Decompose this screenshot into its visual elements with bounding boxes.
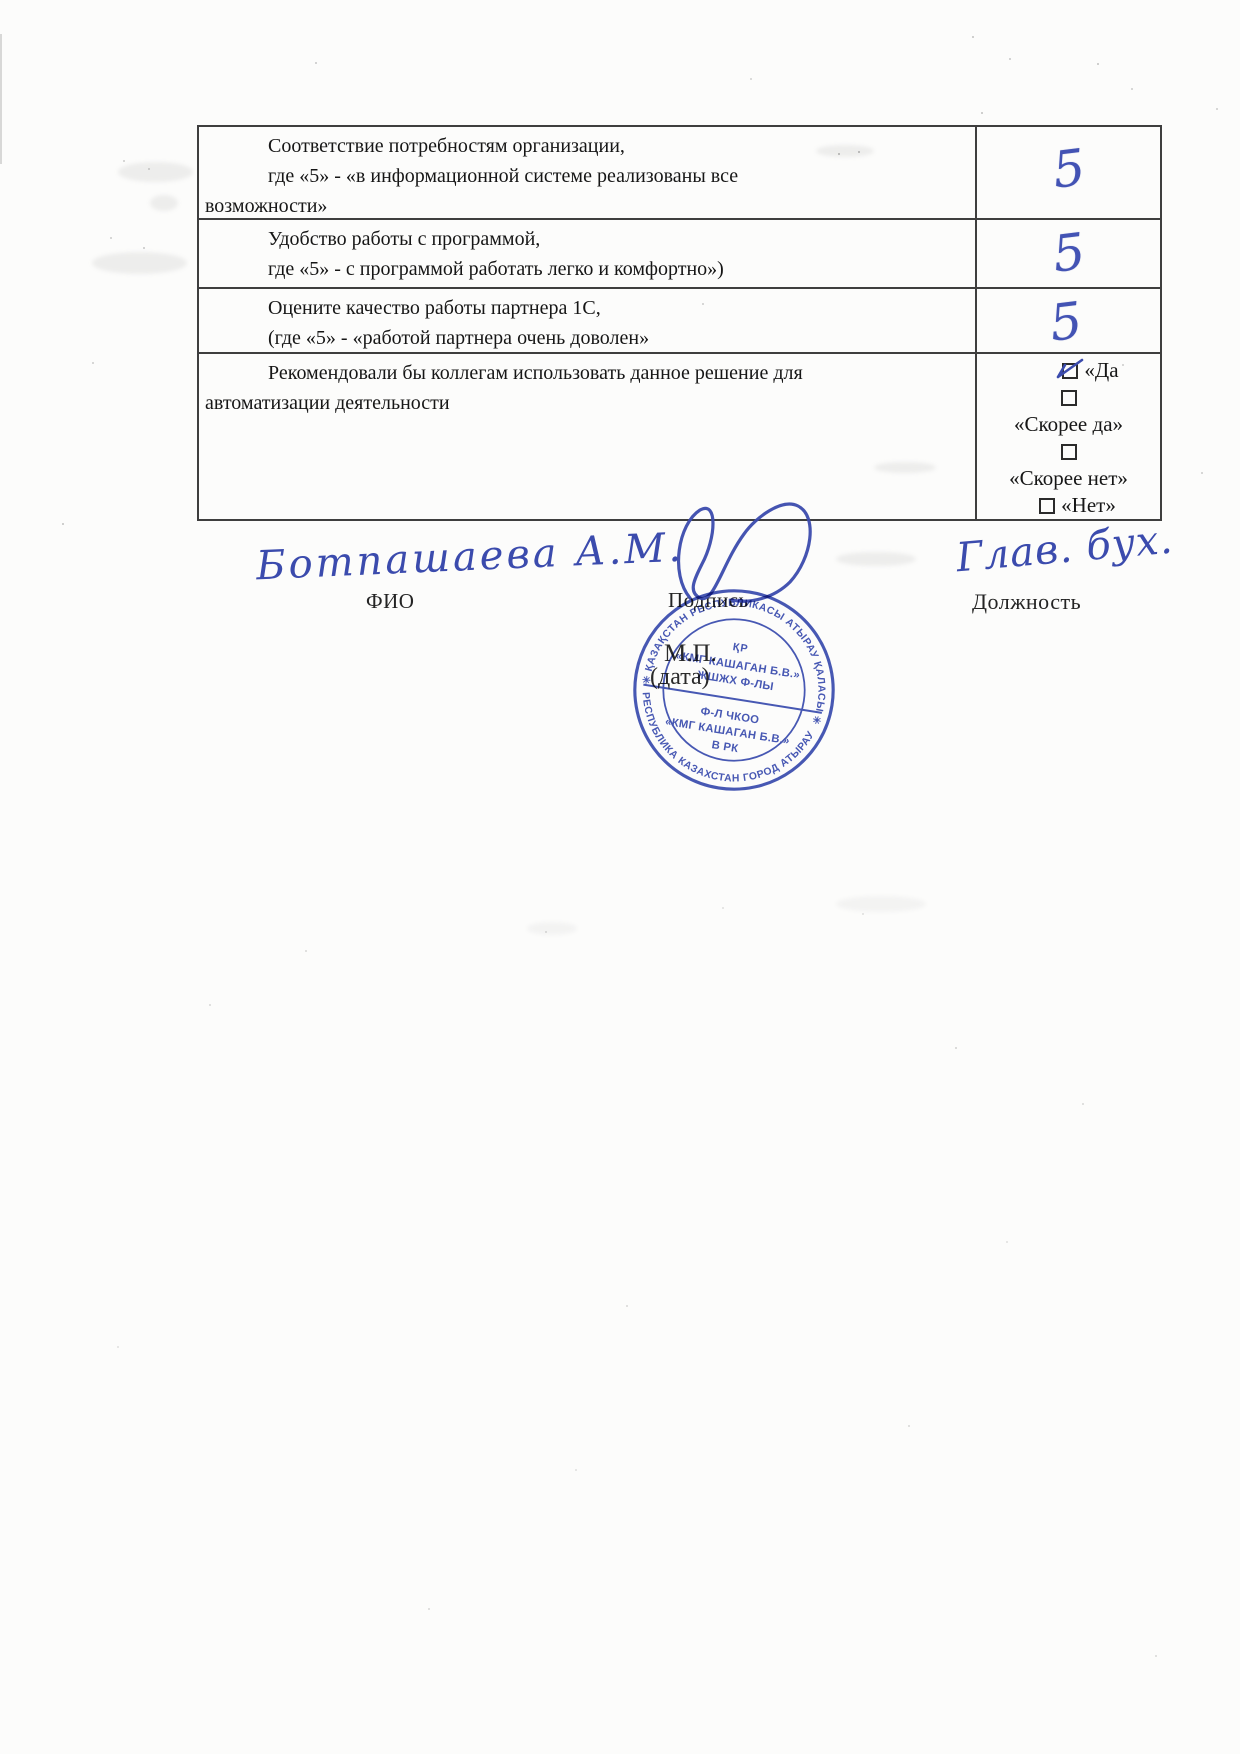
option-skoree-net: «Скорее нет» xyxy=(1009,465,1128,492)
pencil-smudge xyxy=(92,252,187,274)
stamp-ring-top-text: ✳ ҚАЗАҚСТАН РЕСПУБЛИКАСЫ АТЫРАУ ҚАЛАСЫ ✳ xyxy=(639,584,840,726)
question-text: возможности» xyxy=(205,191,967,221)
scan-edge-artifact xyxy=(0,34,2,164)
handwritten-score: 5 xyxy=(1050,142,1088,196)
option-skoree-da: «Скорее да» xyxy=(1014,411,1123,438)
question-text: Рекомендовали бы коллегам использовать д… xyxy=(205,358,967,388)
handwritten-score: 5 xyxy=(1050,226,1088,280)
handwritten-score: 5 xyxy=(1047,295,1085,349)
survey-table: Соответствие потребностям организации, г… xyxy=(197,125,1162,521)
stamp-divider-line xyxy=(643,685,821,713)
position-label: Должность xyxy=(972,589,1081,615)
question-cell: Соответствие потребностям организации, г… xyxy=(199,127,977,218)
question-cell: Удобство работы с программой, где «5» - … xyxy=(199,220,977,287)
option-da: «Да xyxy=(1062,357,1118,384)
question-cell: Рекомендовали бы коллегам использовать д… xyxy=(199,354,977,519)
scan-speckles xyxy=(0,0,2,2)
question-text: (где «5» - «работой партнера очень довол… xyxy=(205,323,967,353)
option-net: «Нет» xyxy=(1039,492,1116,519)
checkbox-skoree-net[interactable] xyxy=(1061,444,1077,460)
question-cell: Оцените качество работы партнера 1С, (гд… xyxy=(199,289,977,352)
stamp-outer-circle xyxy=(621,577,848,804)
pencil-smudge xyxy=(527,922,577,935)
pencil-smudge xyxy=(836,896,926,912)
checkbox-da[interactable] xyxy=(1062,363,1078,379)
pencil-smudge xyxy=(836,552,916,566)
option-skoree-da-box xyxy=(1061,384,1077,411)
question-text: Оцените качество работы партнера 1С, xyxy=(205,293,967,323)
question-text: Соответствие потребностям организации, xyxy=(205,131,967,161)
question-text: Удобство работы с программой, xyxy=(205,224,967,254)
answer-cell: 5 xyxy=(977,289,1160,352)
answer-cell-options: «Да «Скорее да» «Скорее нет» «Нет» xyxy=(977,354,1160,519)
scanned-survey-page: Соответствие потребностям организации, г… xyxy=(0,0,1240,1754)
answer-cell: 5 xyxy=(977,127,1160,218)
blue-checkmark-icon xyxy=(1055,357,1087,381)
table-row-usability: Удобство работы с программой, где «5» - … xyxy=(199,218,1160,287)
checkbox-skoree-da[interactable] xyxy=(1061,390,1077,406)
pencil-smudge xyxy=(150,195,178,211)
table-row-partner-quality: Оцените качество работы партнера 1С, (гд… xyxy=(199,287,1160,352)
table-row-fit-needs: Соответствие потребностям организации, г… xyxy=(199,127,1160,218)
option-label: «Скорее да» xyxy=(1014,411,1123,438)
question-text: где «5» - с программой работать легко и … xyxy=(205,254,967,284)
handwritten-name: Ботпашаева А.М. xyxy=(255,525,685,590)
question-text: автоматизации деятельности xyxy=(205,388,967,418)
pencil-smudge xyxy=(118,162,193,182)
checkbox-net[interactable] xyxy=(1039,498,1055,514)
option-label: «Нет» xyxy=(1061,492,1116,519)
stamp-center-line: В РК xyxy=(711,739,739,755)
handwritten-position: Глав. бух. xyxy=(954,517,1175,582)
option-label: «Да xyxy=(1084,357,1118,384)
question-text: где «5» - «в информационной системе реал… xyxy=(205,161,967,191)
answer-cell: 5 xyxy=(977,220,1160,287)
round-stamp: ✳ ҚАЗАҚСТАН РЕСПУБЛИКАСЫ АТЫРАУ ҚАЛАСЫ ✳… xyxy=(610,566,857,813)
option-skoree-net-box xyxy=(1061,438,1077,465)
fio-label: ФИО xyxy=(366,589,414,614)
option-label: «Скорее нет» xyxy=(1009,465,1128,492)
stamp-center-line: ҚР xyxy=(732,641,749,655)
